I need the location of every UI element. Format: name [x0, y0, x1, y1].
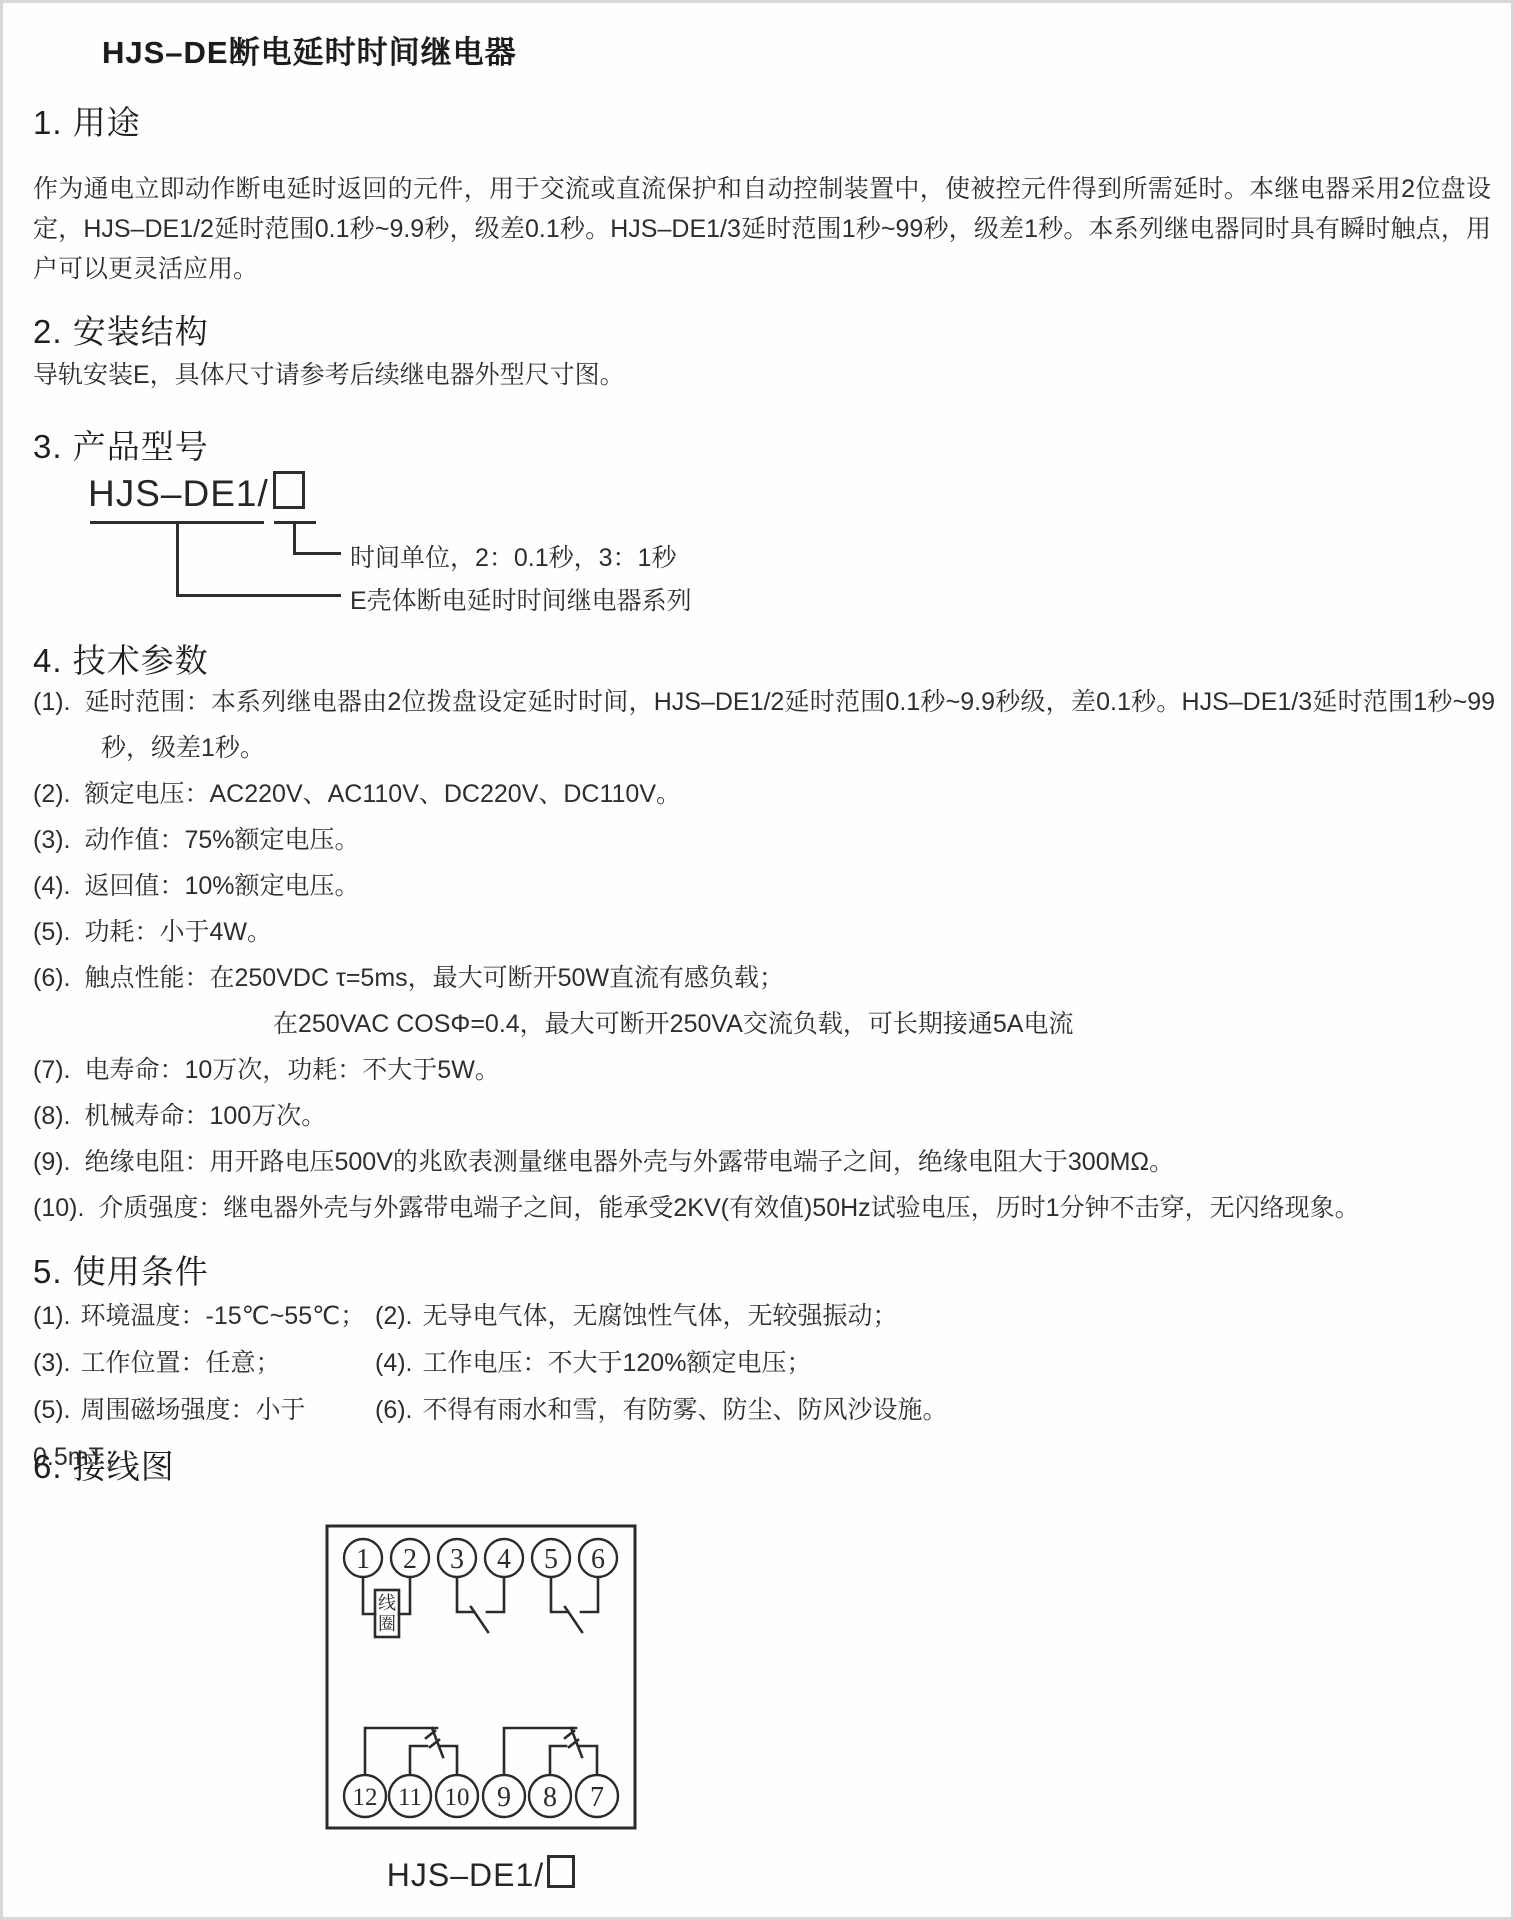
spec-item-6: (6).触点性能：在250VDC τ=5ms，最大可断开50W直流有感负载；: [33, 955, 1495, 1001]
wiring-caption-text: HJS–DE1/: [387, 1857, 544, 1893]
condition-item-3: (3).工作位置：任意；: [33, 1340, 375, 1387]
callout-series: E壳体断电延时时间继电器系列: [350, 581, 692, 617]
contact-4-lead: [487, 1577, 504, 1612]
contact-11-lead: [410, 1746, 427, 1775]
section-heading-conditions: 5. 使用条件: [33, 1246, 209, 1293]
callout-line-series: [176, 524, 341, 597]
terminal-11-label: 11: [398, 1784, 422, 1811]
section-heading-model: 3. 产品型号: [33, 421, 209, 468]
condition-item-1: (1).环境温度：-15℃~55℃；: [33, 1293, 375, 1340]
datasheet-page: HJS–DE断电延时时间继电器 1. 用途 作为通电立即动作断电延时返回的元件，…: [0, 0, 1514, 1920]
coil-lead-right: [399, 1577, 410, 1614]
spec-item-1: (1).延时范围：本系列继电器由2位拨盘设定延时时间，HJS–DE1/2延时范围…: [33, 679, 1495, 771]
spec-item-7: (7).电寿命：10万次，功耗：不大于5W。: [33, 1047, 1495, 1093]
wiring-diagram: 线 圈 1 2 3 4 5 6: [325, 1524, 637, 1830]
contact-8-lead: [550, 1746, 566, 1775]
terminal-6-label: 6: [591, 1544, 605, 1575]
terminal-8-label: 8: [543, 1782, 557, 1813]
terminal-2-label: 2: [403, 1544, 417, 1575]
contact-12-lead: [365, 1728, 437, 1774]
terminal-5-label: 5: [544, 1544, 558, 1575]
wiring-caption: HJS–DE1/: [325, 1855, 637, 1894]
spec-item-3: (3).动作值：75%额定电压。: [33, 817, 1495, 863]
purpose-body: 作为通电立即动作断电延时返回的元件，用于交流或直流保护和自动控制装置中，使被控元…: [33, 169, 1491, 289]
section-heading-wiring: 6. 接线图: [33, 1441, 175, 1488]
conditions-grid: (1).环境温度：-15℃~55℃； (2).无导电气体，无腐蚀性气体，无较强振…: [33, 1293, 1453, 1481]
caption-placeholder-box: [547, 1855, 575, 1888]
terminal-12-label: 12: [353, 1784, 378, 1811]
spec-item-10: (10).介质强度：继电器外壳与外露带电端子之间，能承受2KV(有效值)50Hz…: [33, 1185, 1495, 1231]
model-designation-diagram: HJS–DE1/ 时间单位，2：0.1秒，3：1秒 E壳体断电延时时间继电器系列: [88, 471, 988, 631]
section-heading-mounting: 2. 安装结构: [33, 306, 209, 353]
model-text: HJS–DE1/: [88, 471, 305, 515]
contact-10-lead: [441, 1746, 457, 1775]
contact-9-lead: [504, 1728, 576, 1774]
spec-item-8: (8).机械寿命：100万次。: [33, 1093, 1495, 1139]
mounting-body: 导轨安装E，具体尺寸请参考后续继电器外型尺寸图。: [33, 355, 1491, 395]
coil-lead-left: [363, 1577, 375, 1614]
terminal-10-label: 10: [445, 1784, 470, 1811]
condition-item-4: (4).工作电压：不大于120%额定电压；: [375, 1340, 1453, 1387]
model-placeholder-box: [273, 471, 305, 509]
coil-label-char1: 线: [378, 1593, 396, 1613]
terminal-9-label: 9: [497, 1782, 511, 1813]
doc-title: HJS–DE断电延时时间继电器: [102, 27, 517, 72]
section-heading-purpose: 1. 用途: [33, 97, 141, 144]
model-code: HJS–DE1/: [88, 473, 269, 514]
spec-item-9: (9).绝缘电阻：用开路电压500V的兆欧表测量继电器外壳与外露带电端子之间，绝…: [33, 1139, 1495, 1185]
contact-5-6-blade: [565, 1607, 582, 1632]
section-heading-specs: 4. 技术参数: [33, 635, 209, 682]
spec-item-2: (2).额定电压：AC220V、AC110V、DC220V、DC110V。: [33, 771, 1495, 817]
spec-item-6-line2: 在250VAC COSΦ=0.4，最大可断开250VA交流负载，可长期接通5A电…: [33, 1001, 1495, 1047]
callout-time-unit: 时间单位，2：0.1秒，3：1秒: [350, 538, 676, 574]
terminal-3-label: 3: [450, 1544, 464, 1575]
coil-label-char2: 圈: [378, 1614, 396, 1634]
terminal-7-label: 7: [590, 1782, 604, 1813]
spec-item-5: (5).功耗：小于4W。: [33, 909, 1495, 955]
contact-6-lead: [581, 1577, 598, 1612]
spec-item-4: (4).返回值：10%额定电压。: [33, 863, 1495, 909]
condition-item-6: (6).不得有雨水和雪，有防雾、防尘、防风沙设施。: [375, 1387, 1453, 1481]
specs-list: (1).延时范围：本系列继电器由2位拨盘设定延时时间，HJS–DE1/2延时范围…: [33, 679, 1495, 1231]
contact-3-4-blade: [471, 1607, 488, 1632]
terminal-4-label: 4: [497, 1544, 511, 1575]
condition-item-2: (2).无导电气体，无腐蚀性气体，无较强振动；: [375, 1293, 1453, 1340]
terminal-1-label: 1: [356, 1544, 370, 1575]
contact-7-lead: [580, 1746, 597, 1775]
